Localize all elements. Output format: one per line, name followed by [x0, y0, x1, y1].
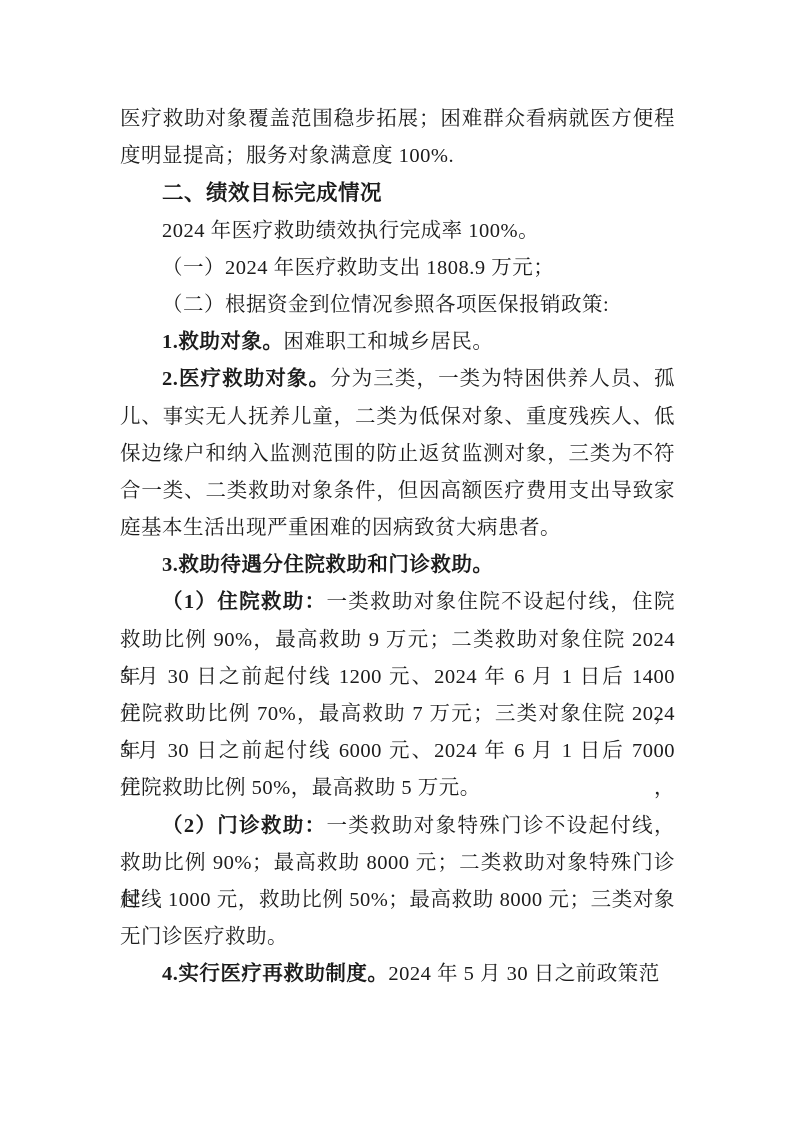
- text-line: 救助比例 90%；最高救助 8000 元；二类救助对象特殊门诊起: [120, 845, 675, 882]
- bold-run: 3.救助待遇分住院救助和门诊救助。: [162, 554, 493, 576]
- text-line: （二）根据资金到位情况参照各项医保报销政策:: [120, 287, 675, 324]
- text-run: 医疗救助对象覆盖范围稳步拓展；困难群众看病就医方便程: [120, 108, 675, 130]
- text-run: 2024 年 5 月 30 日之前政策范: [388, 963, 659, 985]
- text-run: 度明显提高；服务对象满意度 100%.: [120, 145, 454, 167]
- text-line: 儿、事实无人抚养儿童，二类为低保对象、重度残疾人、低: [120, 399, 675, 436]
- bold-run: 1.救助对象。: [162, 331, 283, 353]
- document-page: 医疗救助对象覆盖范围稳步拓展；困难群众看病就医方便程度明显提高；服务对象满意度 …: [0, 0, 793, 1122]
- text-line: 5 月 30 日之前起付线 6000 元、2024 年 6 月 1 日后 700…: [120, 733, 675, 770]
- text-run: （一）2024 年医疗救助支出 1808.9 万元；: [162, 257, 554, 279]
- text-line: （一）2024 年医疗救助支出 1808.9 万元；: [120, 250, 675, 287]
- text-line: 4.实行医疗再救助制度。2024 年 5 月 30 日之前政策范: [120, 956, 675, 993]
- text-line: 庭基本生活出现严重困难的因病致贫大病患者。: [120, 510, 675, 547]
- text-line: 救助比例 90%，最高救助 9 万元；二类救助对象住院 2024 年: [120, 622, 675, 659]
- text-run: 住院救助比例 50%，最高救助 5 万元。: [120, 777, 481, 799]
- section-heading: 二、绩效目标完成情况: [120, 175, 675, 212]
- text-run: 困难职工和城乡居民。: [283, 331, 493, 353]
- bold-run: 2.医疗救助对象。: [162, 368, 330, 390]
- text-line: （2）门诊救助：一类救助对象特殊门诊不设起付线，: [120, 808, 675, 845]
- text-line: 合一类、二类救助对象条件，但因高额医疗费用支出导致家: [120, 473, 675, 510]
- text-line: 2024 年医疗救助绩效执行完成率 100%。: [120, 213, 675, 250]
- text-run: 分为三类，一类为特困供养人员、孤: [330, 368, 675, 390]
- text-run: 保边缘户和纳入监测范围的防止返贫监测对象，三类为不符: [120, 443, 675, 465]
- bold-run: 二、绩效目标完成情况: [162, 181, 382, 205]
- text-run: 2024 年医疗救助绩效执行完成率 100%。: [162, 220, 539, 242]
- text-run: （二）根据资金到位情况参照各项医保报销政策:: [162, 294, 609, 316]
- text-run: 付线 1000 元，救助比例 50%；最高救助 8000 元；三类对象: [120, 889, 675, 911]
- text-line: 付线 1000 元，救助比例 50%；最高救助 8000 元；三类对象: [120, 882, 675, 919]
- text-line: 住院救助比例 70%，最高救助 7 万元；三类对象住院 2024 年: [120, 696, 675, 733]
- bold-run: 4.实行医疗再救助制度。: [162, 963, 388, 985]
- text-run: 一类救助对象特殊门诊不设起付线，: [326, 815, 675, 837]
- text-block: 医疗救助对象覆盖范围稳步拓展；困难群众看病就医方便程度明显提高；服务对象满意度 …: [120, 101, 675, 994]
- text-line: 度明显提高；服务对象满意度 100%.: [120, 138, 675, 175]
- bold-run: （2）门诊救助：: [162, 815, 326, 837]
- bold-run: （1）住院救助：: [162, 591, 326, 613]
- text-run: 一类救助对象住院不设起付线，住院: [326, 591, 675, 613]
- text-run: 儿、事实无人抚养儿童，二类为低保对象、重度残疾人、低: [120, 406, 675, 428]
- text-line: 1.救助对象。困难职工和城乡居民。: [120, 324, 675, 361]
- text-line: （1）住院救助：一类救助对象住院不设起付线，住院: [120, 584, 675, 621]
- text-run: 庭基本生活出现严重困难的因病致贫大病患者。: [120, 517, 561, 539]
- text-line: 医疗救助对象覆盖范围稳步拓展；困难群众看病就医方便程: [120, 101, 675, 138]
- text-run: 无门诊医疗救助。: [120, 926, 288, 948]
- text-line: 5 月 30 日之前起付线 1200 元、2024 年 6 月 1 日后 140…: [120, 659, 675, 696]
- text-line: 2.医疗救助对象。分为三类，一类为特困供养人员、孤: [120, 361, 675, 398]
- text-line: 3.救助待遇分住院救助和门诊救助。: [120, 547, 675, 584]
- text-line: 保边缘户和纳入监测范围的防止返贫监测对象，三类为不符: [120, 436, 675, 473]
- text-run: 合一类、二类救助对象条件，但因高额医疗费用支出导致家: [120, 480, 675, 502]
- text-line: 无门诊医疗救助。: [120, 919, 675, 956]
